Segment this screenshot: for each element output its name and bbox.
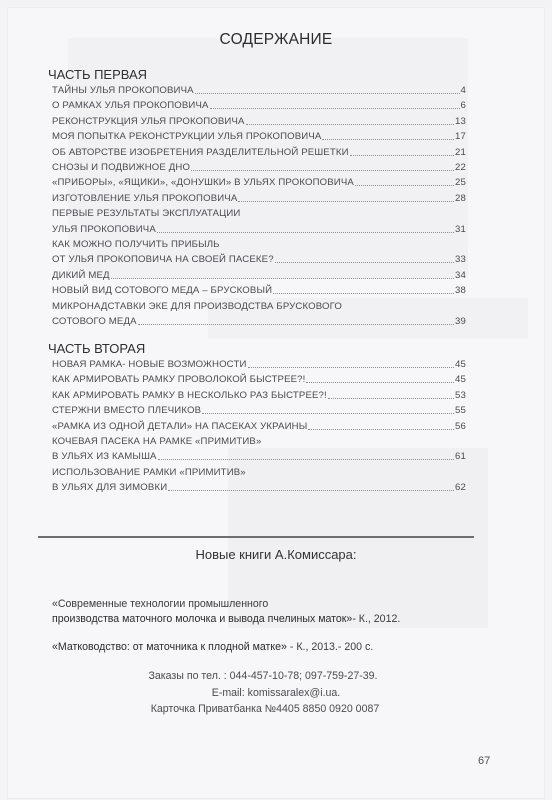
toc-entry-title: ОТ УЛЬЯ ПРОКОПОВИЧА НА СВОЕЙ ПАСЕКЕ?	[52, 253, 274, 266]
dot-leader	[138, 315, 454, 325]
toc-entry-title: ТАЙНЫ УЛЬЯ ПРОКОПОВИЧА	[52, 84, 194, 97]
toc-entry[interactable]: В УЛЬЯХ ИЗ КАМЫША61	[52, 450, 466, 463]
toc-entry[interactable]: «ПРИБОРЫ», «ЯЩИКИ», «ДОНУШКИ» В УЛЬЯХ ПР…	[52, 176, 466, 189]
toc-entry[interactable]: КАК АРМИРОВАТЬ РАМКУ В НЕСКОЛЬКО РАЗ БЫС…	[52, 389, 466, 402]
toc-entry-title: СНОЗЫ И ПОДВИЖНОЕ ДНО	[52, 161, 190, 174]
toc-part-heading: ЧАСТЬ ПЕРВАЯ	[48, 67, 147, 82]
dot-leader	[306, 373, 454, 383]
dot-leader	[246, 115, 454, 125]
book-1-line-2: производства маточного молочка и вывода …	[52, 613, 400, 625]
toc-entry-title: УЛЬЯ ПРОКОПОВИЧА	[52, 223, 156, 236]
toc-entry-title: ОБ АВТОРСТВЕ ИЗОБРЕТЕНИЯ РАЗДЕЛИТЕЛЬНОЙ …	[52, 146, 349, 159]
toc-entry[interactable]: «РАМКА ИЗ ОДНОЙ ДЕТАЛИ» НА ПАСЕКАХ УКРАИ…	[52, 420, 466, 433]
toc-page-number: 28	[455, 192, 466, 205]
toc-entry[interactable]: ИЗГОТОВЛЕНИЕ УЛЬЯ ПРОКОПОВИЧА28	[52, 192, 466, 205]
contact-email[interactable]: E-mail: komissaralex@i.ua.	[0, 687, 552, 699]
toc-entry-title: КАК АРМИРОВАТЬ РАМКУ ПРОВОЛОКОЙ БЫСТРЕЕ?…	[52, 373, 305, 386]
dot-leader	[210, 99, 460, 109]
toc-entry-title: В УЛЬЯХ ИЗ КАМЫША	[52, 450, 157, 463]
toc-entry-title: О РАМКАХ УЛЬЯ ПРОКОПОВИЧА	[52, 99, 209, 112]
dot-leader	[355, 176, 454, 186]
dot-leader	[111, 269, 454, 279]
toc-entry-line[interactable]: ПЕРВЫЕ РЕЗУЛЬТАТЫ ЭКСПЛУАТАЦИИ	[52, 207, 240, 220]
toc-entry-line[interactable]: ИСПОЛЬЗОВАНИЕ РАМКИ «ПРИМИТИВ»	[52, 466, 246, 479]
toc-page-number: 31	[455, 223, 466, 236]
toc-page-number: 21	[455, 146, 466, 159]
dot-leader	[273, 284, 454, 294]
toc-entry[interactable]: НОВАЯ РАМКА- НОВЫЕ ВОЗМОЖНОСТИ45	[52, 358, 466, 371]
dot-leader	[191, 161, 454, 171]
book-2-publication: - К., 2013.- 200 с.	[287, 641, 373, 653]
toc-entry[interactable]: НОВЫЙ ВИД СОТОВОГО МЕДА – БРУСКОВЫЙ38	[52, 284, 466, 297]
toc-entry[interactable]: УЛЬЯ ПРОКОПОВИЧА31	[52, 223, 466, 236]
toc-page-number: 45	[455, 373, 466, 386]
bank-card: Карточка Приватбанка №4405 8850 0920 008…	[0, 703, 541, 715]
toc-entry[interactable]: СНОЗЫ И ПОДВИЖНОЕ ДНО22	[52, 161, 466, 174]
toc-entry-title: СТЕРЖНИ ВМЕСТО ПЛЕЧИКОВ	[52, 404, 201, 417]
toc-page-number: 62	[455, 481, 466, 494]
toc-page-number: 55	[455, 404, 466, 417]
toc-page-number: 4	[461, 84, 467, 97]
toc-entry-title: РЕКОНСТРУКЦИЯ УЛЬЯ ПРОКОПОВИЧА	[52, 115, 245, 128]
book-2: «Матководство: от маточника к плодной ма…	[52, 641, 373, 653]
dot-leader	[328, 389, 454, 399]
books-heading: Новые книги А.Комиссара:	[0, 547, 552, 562]
toc-entry-title: НОВАЯ РАМКА- НОВЫЕ ВОЗМОЖНОСТИ	[52, 358, 247, 371]
toc-page-number: 38	[455, 284, 466, 297]
toc-entry-title: ИЗГОТОВЛЕНИЕ УЛЬЯ ПРОКОПОВИЧА	[52, 192, 237, 205]
toc-page-number: 13	[455, 115, 466, 128]
page-number: 67	[478, 755, 490, 767]
toc-page-number: 6	[461, 99, 467, 112]
book-1-line-1: «Современные технологии промышленного	[52, 598, 268, 610]
toc-entry[interactable]: ОТ УЛЬЯ ПРОКОПОВИЧА НА СВОЕЙ ПАСЕКЕ?33	[52, 253, 466, 266]
toc-entry-title: В УЛЬЯХ ДЛЯ ЗИМОВКИ	[52, 481, 167, 494]
toc-entry[interactable]: ТАЙНЫ УЛЬЯ ПРОКОПОВИЧА4	[52, 84, 466, 97]
toc-entry[interactable]: РЕКОНСТРУКЦИЯ УЛЬЯ ПРОКОПОВИЧА13	[52, 115, 466, 128]
toc-entry-title: КАК АРМИРОВАТЬ РАМКУ В НЕСКОЛЬКО РАЗ БЫС…	[52, 389, 327, 402]
dot-leader	[350, 146, 454, 156]
toc-entry-title: ДИКИЙ МЕД	[52, 269, 110, 282]
dot-leader	[157, 223, 454, 233]
dot-leader	[308, 420, 454, 430]
toc-entry[interactable]: ДИКИЙ МЕД34	[52, 269, 466, 282]
toc-entry[interactable]: КАК АРМИРОВАТЬ РАМКУ ПРОВОЛОКОЙ БЫСТРЕЕ?…	[52, 373, 466, 386]
toc-entry-line[interactable]: МИКРОНАДСТАВКИ ЭКЕ ДЛЯ ПРОИЗВОДСТВА БРУС…	[52, 300, 342, 313]
toc-entry-line[interactable]: КОЧЕВАЯ ПАСЕКА НА РАМКЕ «ПРИМИТИВ»	[52, 435, 261, 448]
toc-page-number: 53	[455, 389, 466, 402]
toc-page-number: 61	[455, 450, 466, 463]
toc-entry-title: МОЯ ПОПЫТКА РЕКОНСТРУКЦИИ УЛЬЯ ПРОКОПОВИ…	[52, 130, 321, 143]
toc-entry-title: «ПРИБОРЫ», «ЯЩИКИ», «ДОНУШКИ» В УЛЬЯХ ПР…	[52, 176, 354, 189]
toc-page-number: 25	[455, 176, 466, 189]
toc-part-heading: ЧАСТЬ ВТОРАЯ	[48, 341, 145, 356]
toc-entry[interactable]: О РАМКАХ УЛЬЯ ПРОКОПОВИЧА6	[52, 99, 466, 112]
toc-page-number: 22	[455, 161, 466, 174]
book-2-title: «Матководство: от маточника к плодной ма…	[52, 641, 287, 653]
toc-entry-title: НОВЫЙ ВИД СОТОВОГО МЕДА – БРУСКОВЫЙ	[52, 284, 272, 297]
toc-entry[interactable]: ОБ АВТОРСТВЕ ИЗОБРЕТЕНИЯ РАЗДЕЛИТЕЛЬНОЙ …	[52, 146, 466, 159]
dot-leader	[238, 192, 454, 202]
toc-entry-line[interactable]: КАК МОЖНО ПОЛУЧИТЬ ПРИБЫЛЬ	[52, 238, 220, 251]
toc-entry-title: «РАМКА ИЗ ОДНОЙ ДЕТАЛИ» НА ПАСЕКАХ УКРАИ…	[52, 420, 307, 433]
toc-entry[interactable]: СОТОВОГО МЕДА39	[52, 315, 466, 328]
toc-page-number: 39	[455, 315, 466, 328]
order-phone: Заказы по тел. : 044-457-10-78; 097-759-…	[0, 670, 539, 682]
dot-leader	[322, 130, 454, 140]
dot-leader	[195, 84, 460, 94]
divider-rule	[38, 536, 474, 538]
dot-leader	[168, 481, 454, 491]
dot-leader	[158, 450, 454, 460]
toc-page-number: 45	[455, 358, 466, 371]
toc-title: СОДЕРЖАНИЕ	[0, 31, 552, 49]
book-1-publication: - К., 2012.	[352, 613, 400, 625]
book-1-title-end: производства маточного молочка и вывода …	[52, 613, 352, 625]
toc-entry[interactable]: В УЛЬЯХ ДЛЯ ЗИМОВКИ62	[52, 481, 466, 494]
toc-entry[interactable]: МОЯ ПОПЫТКА РЕКОНСТРУКЦИИ УЛЬЯ ПРОКОПОВИ…	[52, 130, 466, 143]
toc-entry[interactable]: СТЕРЖНИ ВМЕСТО ПЛЕЧИКОВ55	[52, 404, 466, 417]
toc-page-number: 34	[455, 269, 466, 282]
dot-leader	[275, 253, 454, 263]
toc-page-number: 33	[455, 253, 466, 266]
dot-leader	[202, 404, 454, 414]
toc-page-number: 17	[455, 130, 466, 143]
toc-page-number: 56	[455, 420, 466, 433]
dot-leader	[248, 358, 455, 368]
toc-entry-title: СОТОВОГО МЕДА	[52, 315, 137, 328]
